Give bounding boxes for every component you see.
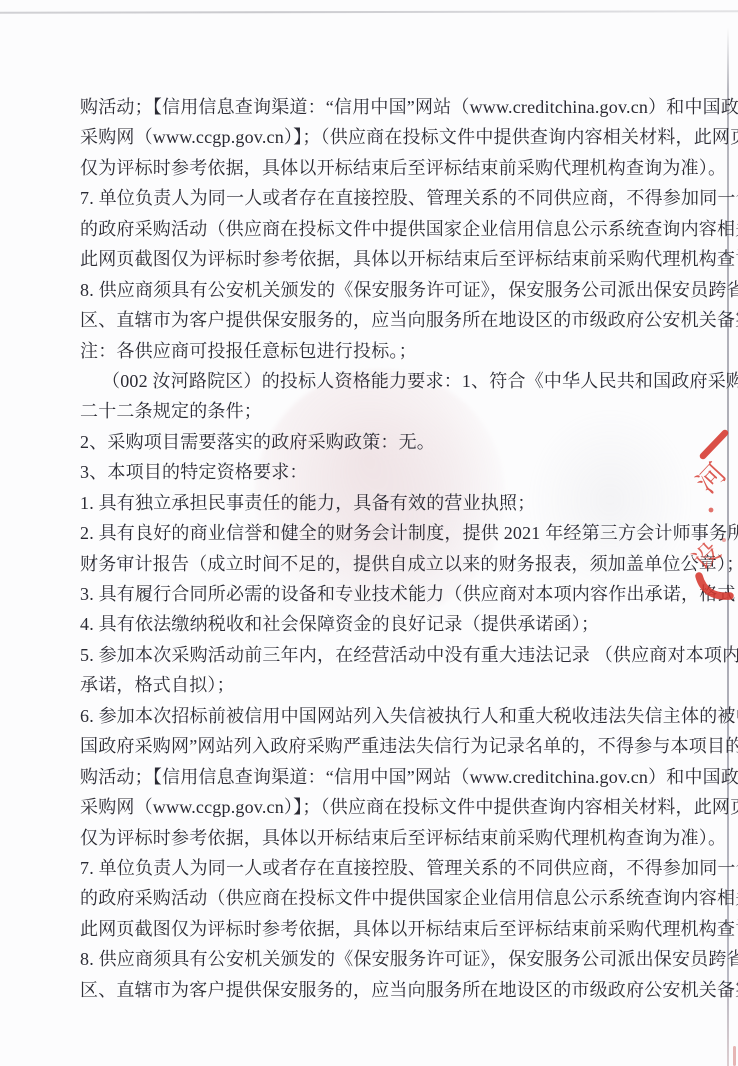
- text-line: 国政府采购网”网站列入政府采购严重违法失信行为记录名单的，不得参与本项目的政府采: [80, 731, 708, 761]
- scan-edge-top-line: [0, 10, 738, 14]
- text-line: 区、直辖市为客户提供保安服务的，应当向服务所在地设区的市级政府公安机关备案。: [80, 975, 708, 1005]
- text-line: （002 汝河路院区）的投标人资格能力要求：1、符合《中华人民共和国政府采购法》…: [80, 366, 708, 396]
- text-line: 采购网（www.ccgp.gov.cn）】；（供应商在投标文件中提供查询内容相关…: [80, 792, 708, 822]
- text-line: 4. 具有依法缴纳税收和社会保障资金的良好记录（提供承诺函）；: [80, 609, 708, 639]
- text-line: 此网页截图仅为评标时参考依据，具体以开标结束后至评标结束前采购代理机构查询为准）…: [80, 914, 708, 944]
- text-line: 8. 供应商须具有公安机关颁发的《保安服务许可证》，保安服务公司派出保安员跨省、…: [80, 275, 708, 305]
- text-line: 购活动；【信用信息查询渠道：“信用中国”网站（www.creditchina.g…: [80, 92, 708, 122]
- text-line: 注：各供应商可投报任意标包进行投标。；: [80, 336, 708, 366]
- red-edge-mark: [733, 1046, 736, 1066]
- scanned-document-page: 购活动；【信用信息查询渠道：“信用中国”网站（www.creditchina.g…: [0, 0, 738, 1066]
- text-line: 此网页截图仅为评标时参考依据，具体以开标结束后至评标结束前采购代理机构查询为准）…: [80, 244, 708, 274]
- document-body: 购活动；【信用信息查询渠道：“信用中国”网站（www.creditchina.g…: [80, 92, 708, 1005]
- text-line: 的政府采购活动（供应商在投标文件中提供国家企业信用信息公示系统查询内容相关材料，: [80, 214, 708, 244]
- text-line: 1. 具有独立承担民事责任的能力，具备有效的营业执照；: [80, 488, 708, 518]
- text-line: 2. 具有良好的商业信誉和健全的财务会计制度，提供 2021 年经第三方会计师事…: [80, 518, 708, 548]
- text-line: 区、直辖市为客户提供保安服务的，应当向服务所在地设区的市级政府公安机关备案。: [80, 305, 708, 335]
- scan-edge-right-line: [727, 28, 729, 1066]
- text-line: 2、采购项目需要落实的政府采购政策：无。: [80, 427, 708, 457]
- text-line: 3. 具有履行合同所必需的设备和专业技术能力（供应商对本项内容作出承诺，格式自拟…: [80, 579, 708, 609]
- text-line: 3、本项目的特定资格要求：: [80, 457, 708, 487]
- text-line: 5. 参加本次采购活动前三年内，在经营活动中没有重大违法记录 （供应商对本项内容…: [80, 640, 708, 670]
- text-line: 的政府采购活动（供应商在投标文件中提供国家企业信用信息公示系统查询内容相关材料，: [80, 883, 708, 913]
- seal-speck: [709, 508, 714, 513]
- text-line: 采购网（www.ccgp.gov.cn）】；（供应商在投标文件中提供查询内容相关…: [80, 122, 708, 152]
- text-line: 仅为评标时参考依据，具体以开标结束后至评标结束前采购代理机构查询为准）。: [80, 823, 708, 853]
- text-line: 7. 单位负责人为同一人或者存在直接控股、管理关系的不同供应商，不得参加同一合同…: [80, 853, 708, 883]
- text-line: 6. 参加本次招标前被信用中国网站列入失信被执行人和重大税收违法失信主体的被中: [80, 701, 708, 731]
- text-line: 7. 单位负责人为同一人或者存在直接控股、管理关系的不同供应商，不得参加同一合同…: [80, 183, 708, 213]
- text-line: 二十二条规定的条件；: [80, 396, 708, 426]
- text-line: 承诺，格式自拟）；: [80, 670, 708, 700]
- text-line: 8. 供应商须具有公安机关颁发的《保安服务许可证》，保安服务公司派出保安员跨省、…: [80, 944, 708, 974]
- text-line: 仅为评标时参考依据，具体以开标结束后至评标结束前采购代理机构查询为准）。: [80, 153, 708, 183]
- text-line: 财务审计报告（成立时间不足的，提供自成立以来的财务报表，须加盖单位公章）；: [80, 549, 708, 579]
- text-line: 购活动；【信用信息查询渠道：“信用中国”网站（www.creditchina.g…: [80, 762, 708, 792]
